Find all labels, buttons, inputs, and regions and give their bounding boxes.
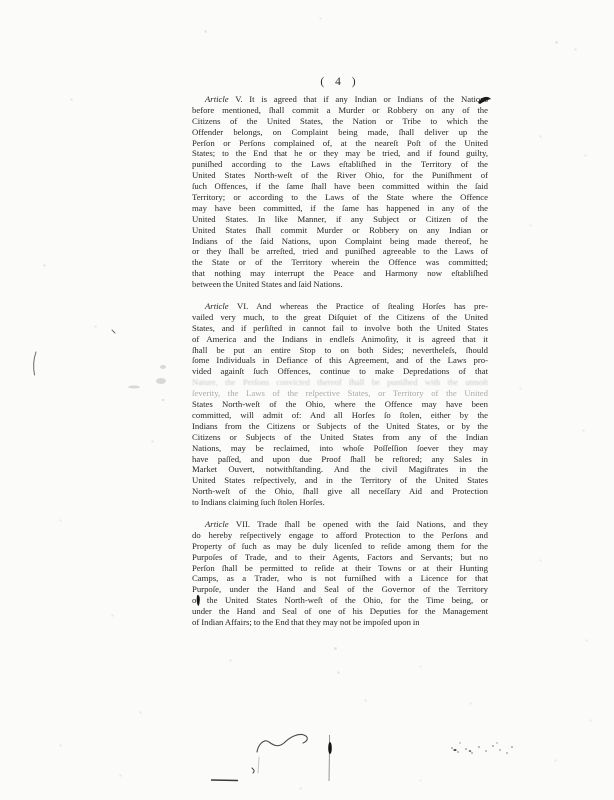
ink-squiggle-mark [257, 734, 307, 752]
text-line: that nothing may interrupt the Peace and… [192, 268, 488, 279]
text-line: of Indian Affairs; to the End that they … [192, 617, 488, 628]
text-line: United States ſhall commit Murder or Rob… [192, 225, 488, 236]
ink-vertical-hairline-mark [329, 735, 330, 781]
text-line: Nature, the Perſons convicted thereof ſh… [192, 377, 488, 388]
text-line: Purpoſes of Trade, and to their Agents, … [192, 552, 488, 563]
paragraph: Article V. It is agreed that if any Indi… [192, 94, 488, 290]
text-line: Article VII. Trade ſhall be opened with … [192, 519, 488, 530]
text-line: puniſhed according to the Laws eſtabliſh… [192, 159, 488, 170]
ink-squiggle-tail-mark [258, 757, 259, 773]
page-number-header: ( 4 ) [192, 76, 488, 88]
text-line: ſeverity, the Laws of the reſpective Sta… [192, 388, 488, 399]
text-line: North-weſt of the Ohio, ſhall give all n… [192, 486, 488, 497]
text-line: ſuch Offences, if the ſame ſhall have be… [192, 181, 488, 192]
text-line: Perſon or Perſons complained of, at the … [192, 138, 488, 149]
text-line: Citizens or Subjects of the United State… [192, 432, 488, 443]
ink-tick-mark [252, 768, 254, 773]
text-line: ſome Individuals in Defiance of this Agr… [192, 355, 488, 366]
ink-blot-mark [328, 742, 332, 754]
scanned-page: ( 4 ) Article V. It is agreed that if an… [0, 0, 614, 800]
text-line: of America and the Indians in endleſs An… [192, 334, 488, 345]
text-line: Article V. It is agreed that if any Indi… [192, 94, 488, 105]
text-line: committed, will admit of: And all Horſes… [192, 410, 488, 421]
text-line: Indians of the ſaid Nations, upon Compla… [192, 236, 488, 247]
text-line: United States. In like Manner, if any Su… [192, 214, 488, 225]
text-line: under the Hand and Seal of one of his De… [192, 606, 488, 617]
ink-dash-mark [211, 780, 238, 781]
text-line: Territory; or according to the Laws of t… [192, 192, 488, 203]
text-line: have paſſed, and upon due Proof ſhall be… [192, 454, 488, 465]
text-line: vided againſt ſuch Offences, continue to… [192, 366, 488, 377]
text-line: before mentioned, ſhall commit a Murder … [192, 105, 488, 116]
text-line: Property of ſuch as may be duly licenſed… [192, 541, 488, 552]
paragraph: Article VII. Trade ſhall be opened with … [192, 519, 488, 628]
text-line: States, and if perſiſted in cannot fail … [192, 323, 488, 334]
text-line: Indians from the Citizens or Subjects of… [192, 421, 488, 432]
text-block: Article V. It is agreed that if any Indi… [192, 94, 488, 639]
text-line: Camps, as a Trader, who is not furniſhed… [192, 573, 488, 584]
margin-smudge-marks [128, 365, 166, 401]
text-line: ſhall be put an entire Stop to on both S… [192, 345, 488, 356]
text-line: the State or of the Territory wherein th… [192, 257, 488, 268]
text-line: between the United States and ſaid Natio… [192, 279, 488, 290]
article-label-italic: Article [205, 301, 229, 311]
text-line: or they ſhall be arreſted, tried and pun… [192, 246, 488, 257]
text-line: United States North-weſt of the River Oh… [192, 170, 488, 181]
text-line: United States reſpectively, and in the T… [192, 475, 488, 486]
margin-stroke-mark [34, 352, 36, 375]
text-line: may have been committed, if the ſame has… [192, 203, 488, 214]
scan-noise [0, 0, 1, 1]
text-line: Offender belongs, on Complaint being mad… [192, 127, 488, 138]
text-line: vailed very much, to the great Diſquiet … [192, 312, 488, 323]
text-line: Nations, may be reclaimed, into whoſe Po… [192, 443, 488, 454]
text-line: Citizens of the United States, the Natio… [192, 116, 488, 127]
text-line: Market Ouvert, notwithſtanding. And the … [192, 464, 488, 475]
article-label-italic: Article [205, 519, 229, 529]
corner-tick-mark [112, 330, 115, 333]
paragraph: Article VI. And whereas the Practice of … [192, 301, 488, 508]
text-line: Article VI. And whereas the Practice of … [192, 301, 488, 312]
text-line: States; to the End that he or they may b… [192, 148, 488, 159]
text-line: Perſon ſhall be permitted to reſide at t… [192, 563, 488, 574]
text-line: of the United States North-weſt of the O… [192, 595, 488, 606]
text-line: do hereby reſpectively engage to afford … [192, 530, 488, 541]
text-line: States North-weſt of the Ohio, where the… [192, 399, 488, 410]
text-line: Purpoſe, under the Hand and Seal of the … [192, 584, 488, 595]
text-line: to Indians claiming ſuch ſtolen Horſes. [192, 497, 488, 508]
article-label-italic: Article [205, 94, 229, 104]
speckle-cluster-mark [451, 742, 513, 753]
